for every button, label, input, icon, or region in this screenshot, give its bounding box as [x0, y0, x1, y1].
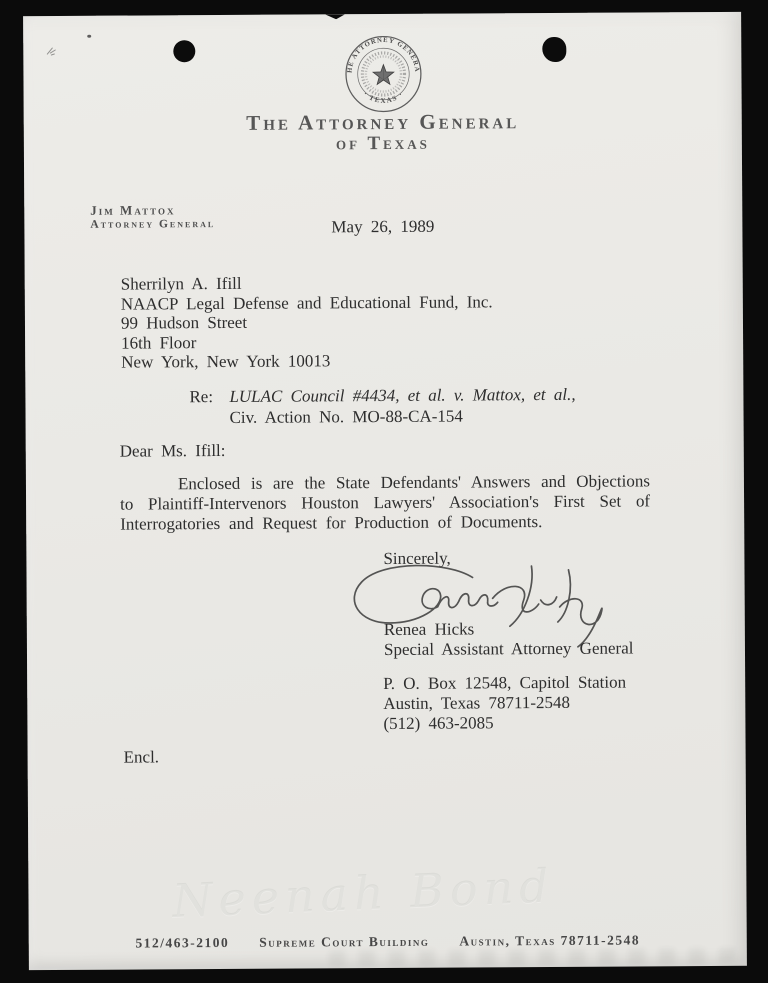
recipient-city: New York, New York 10013: [121, 351, 493, 373]
footer-phone: 512/463-2100: [135, 935, 229, 952]
salutation: Dear Ms. Ifill:: [120, 441, 226, 462]
scan-background: THE ATTORNEY GENERAL · TEXAS · The Attor…: [0, 0, 768, 983]
pencil-mark: [45, 44, 59, 58]
signer-title: Special Assistant Attorney General: [384, 639, 634, 661]
sender-address: P. O. Box 12548, Capitol Station Austin,…: [383, 673, 626, 735]
attorney-general-seal-icon: THE ATTORNEY GENERAL · TEXAS ·: [344, 35, 422, 113]
letterhead-title: The Attorney General of Texas: [24, 108, 742, 157]
recipient-name: Sherrilyn A. Ifill: [121, 272, 493, 294]
official-title: Attorney General: [90, 217, 215, 232]
re-civ-action: Civ. Action No. MO-88-CA-154: [229, 405, 575, 428]
signer-block: Renea Hicks Special Assistant Attorney G…: [384, 618, 634, 660]
punch-hole-right: [542, 37, 566, 62]
paper-watermark: Neenah Bond: [128, 857, 600, 930]
letter-page: THE ATTORNEY GENERAL · TEXAS · The Attor…: [23, 12, 747, 970]
sender-city: Austin, Texas 78711-2548: [383, 693, 626, 715]
re-label: Re:: [189, 387, 213, 407]
sender-phone: (512) 463-2085: [383, 713, 626, 735]
footer-address: Austin, Texas 78711-2548: [459, 932, 640, 949]
re-block: LULAC Council #4434, et al. v. Mattox, e…: [229, 385, 575, 428]
sender-pobox: P. O. Box 12548, Capitol Station: [383, 673, 626, 695]
punch-hole-left: [173, 40, 195, 62]
recipient-street: 99 Hudson Street: [121, 312, 493, 334]
letterhead-title-line2: of Texas: [24, 131, 742, 157]
recipient-floor: 16th Floor: [121, 331, 493, 353]
signer-name: Renea Hicks: [384, 618, 634, 640]
letter-date: May 26, 1989: [331, 217, 434, 238]
recipient-address: Sherrilyn A. Ifill NAACP Legal Defense a…: [121, 272, 493, 372]
bleed-through-marks: [329, 948, 739, 967]
dust-speck: [87, 35, 91, 38]
body-paragraph: Enclosed is are the State Defendants' An…: [120, 471, 650, 535]
official-name: Jim Mattox: [90, 203, 215, 218]
official-block: Jim Mattox Attorney General: [90, 203, 215, 232]
footer-building: Supreme Court Building: [259, 934, 429, 951]
re-case-name: LULAC Council #4434, et al. v. Mattox, e…: [229, 385, 575, 408]
enclosure-note: Encl.: [124, 747, 160, 767]
recipient-organization: NAACP Legal Defense and Educational Fund…: [121, 292, 493, 314]
paper-tear-notch: [325, 14, 345, 19]
